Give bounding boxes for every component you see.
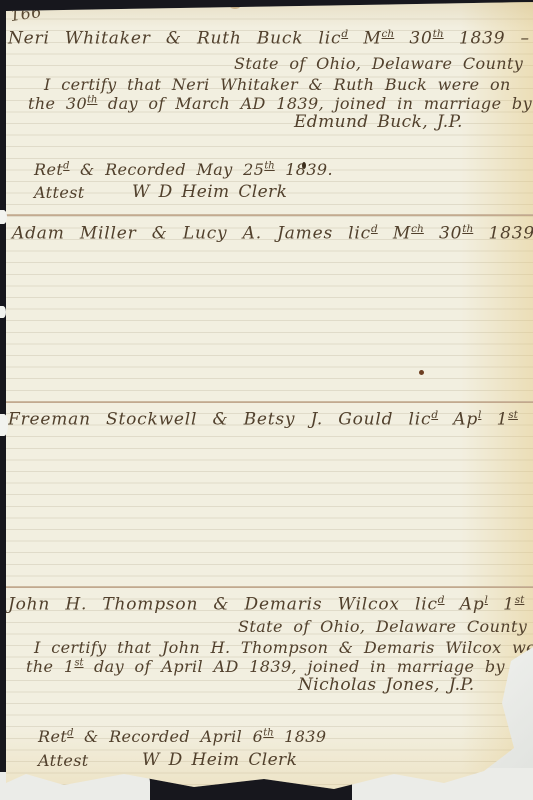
- entry-separator-line: [6, 401, 533, 403]
- clerk-signature: W D Heim Clerk: [132, 182, 287, 202]
- attest-label: Attest: [34, 183, 85, 202]
- entry-certificate-line: the 1st day of April AD 1839, joined in …: [26, 657, 533, 676]
- ledger-page-photo: 166 Neri Whitaker & Ruth Buck licd Mch 3…: [0, 0, 533, 800]
- entry-heading-whitaker-buck: Neri Whitaker & Ruth Buck licd Mch 30th …: [8, 28, 530, 49]
- entry-heading-thompson-wilcox: John H. Thompson & Demaris Wilcox licd A…: [8, 594, 533, 615]
- recorded-line: Retd & Recorded May 25th 1839.: [34, 160, 333, 179]
- entry-certificate-line: I certify that Neri Whitaker & Ruth Buck…: [44, 75, 511, 94]
- ink-speck: [419, 370, 424, 375]
- binding-nick: [0, 306, 6, 318]
- entry-separator-line: [6, 586, 533, 588]
- attest-label: Attest: [38, 751, 89, 770]
- officiant-signature: Edmund Buck, J.P.: [294, 112, 463, 132]
- entry-heading-miller-james: Adam Miller & Lucy A. James licd Mch 30t…: [12, 223, 533, 244]
- clerk-signature: W D Heim Clerk: [142, 750, 297, 770]
- entry-jurisdiction: State of Ohio, Delaware County ss: [234, 54, 533, 73]
- aged-edge-tint: [6, 2, 533, 28]
- binding-nick: [0, 210, 7, 224]
- entry-certificate-line: the 30th day of March AD 1839, joined in…: [28, 94, 533, 113]
- ledger-paper: 166 Neri Whitaker & Ruth Buck licd Mch 3…: [6, 2, 533, 796]
- recorded-line: Retd & Recorded April 6th 1839: [38, 727, 326, 746]
- entry-heading-stockwell-gould: Freeman Stockwell & Betsy J. Gould licd …: [8, 409, 533, 430]
- ink-speck: [302, 162, 306, 169]
- officiant-signature: Nicholas Jones, J.P.: [298, 675, 475, 695]
- stain: [230, 4, 240, 9]
- entry-separator-line: [6, 214, 533, 216]
- entry-certificate-line: I certify that John H. Thompson & Demari…: [34, 638, 533, 657]
- binding-nick: [0, 414, 8, 436]
- entry-jurisdiction: State of Ohio, Delaware County ss: [238, 617, 533, 636]
